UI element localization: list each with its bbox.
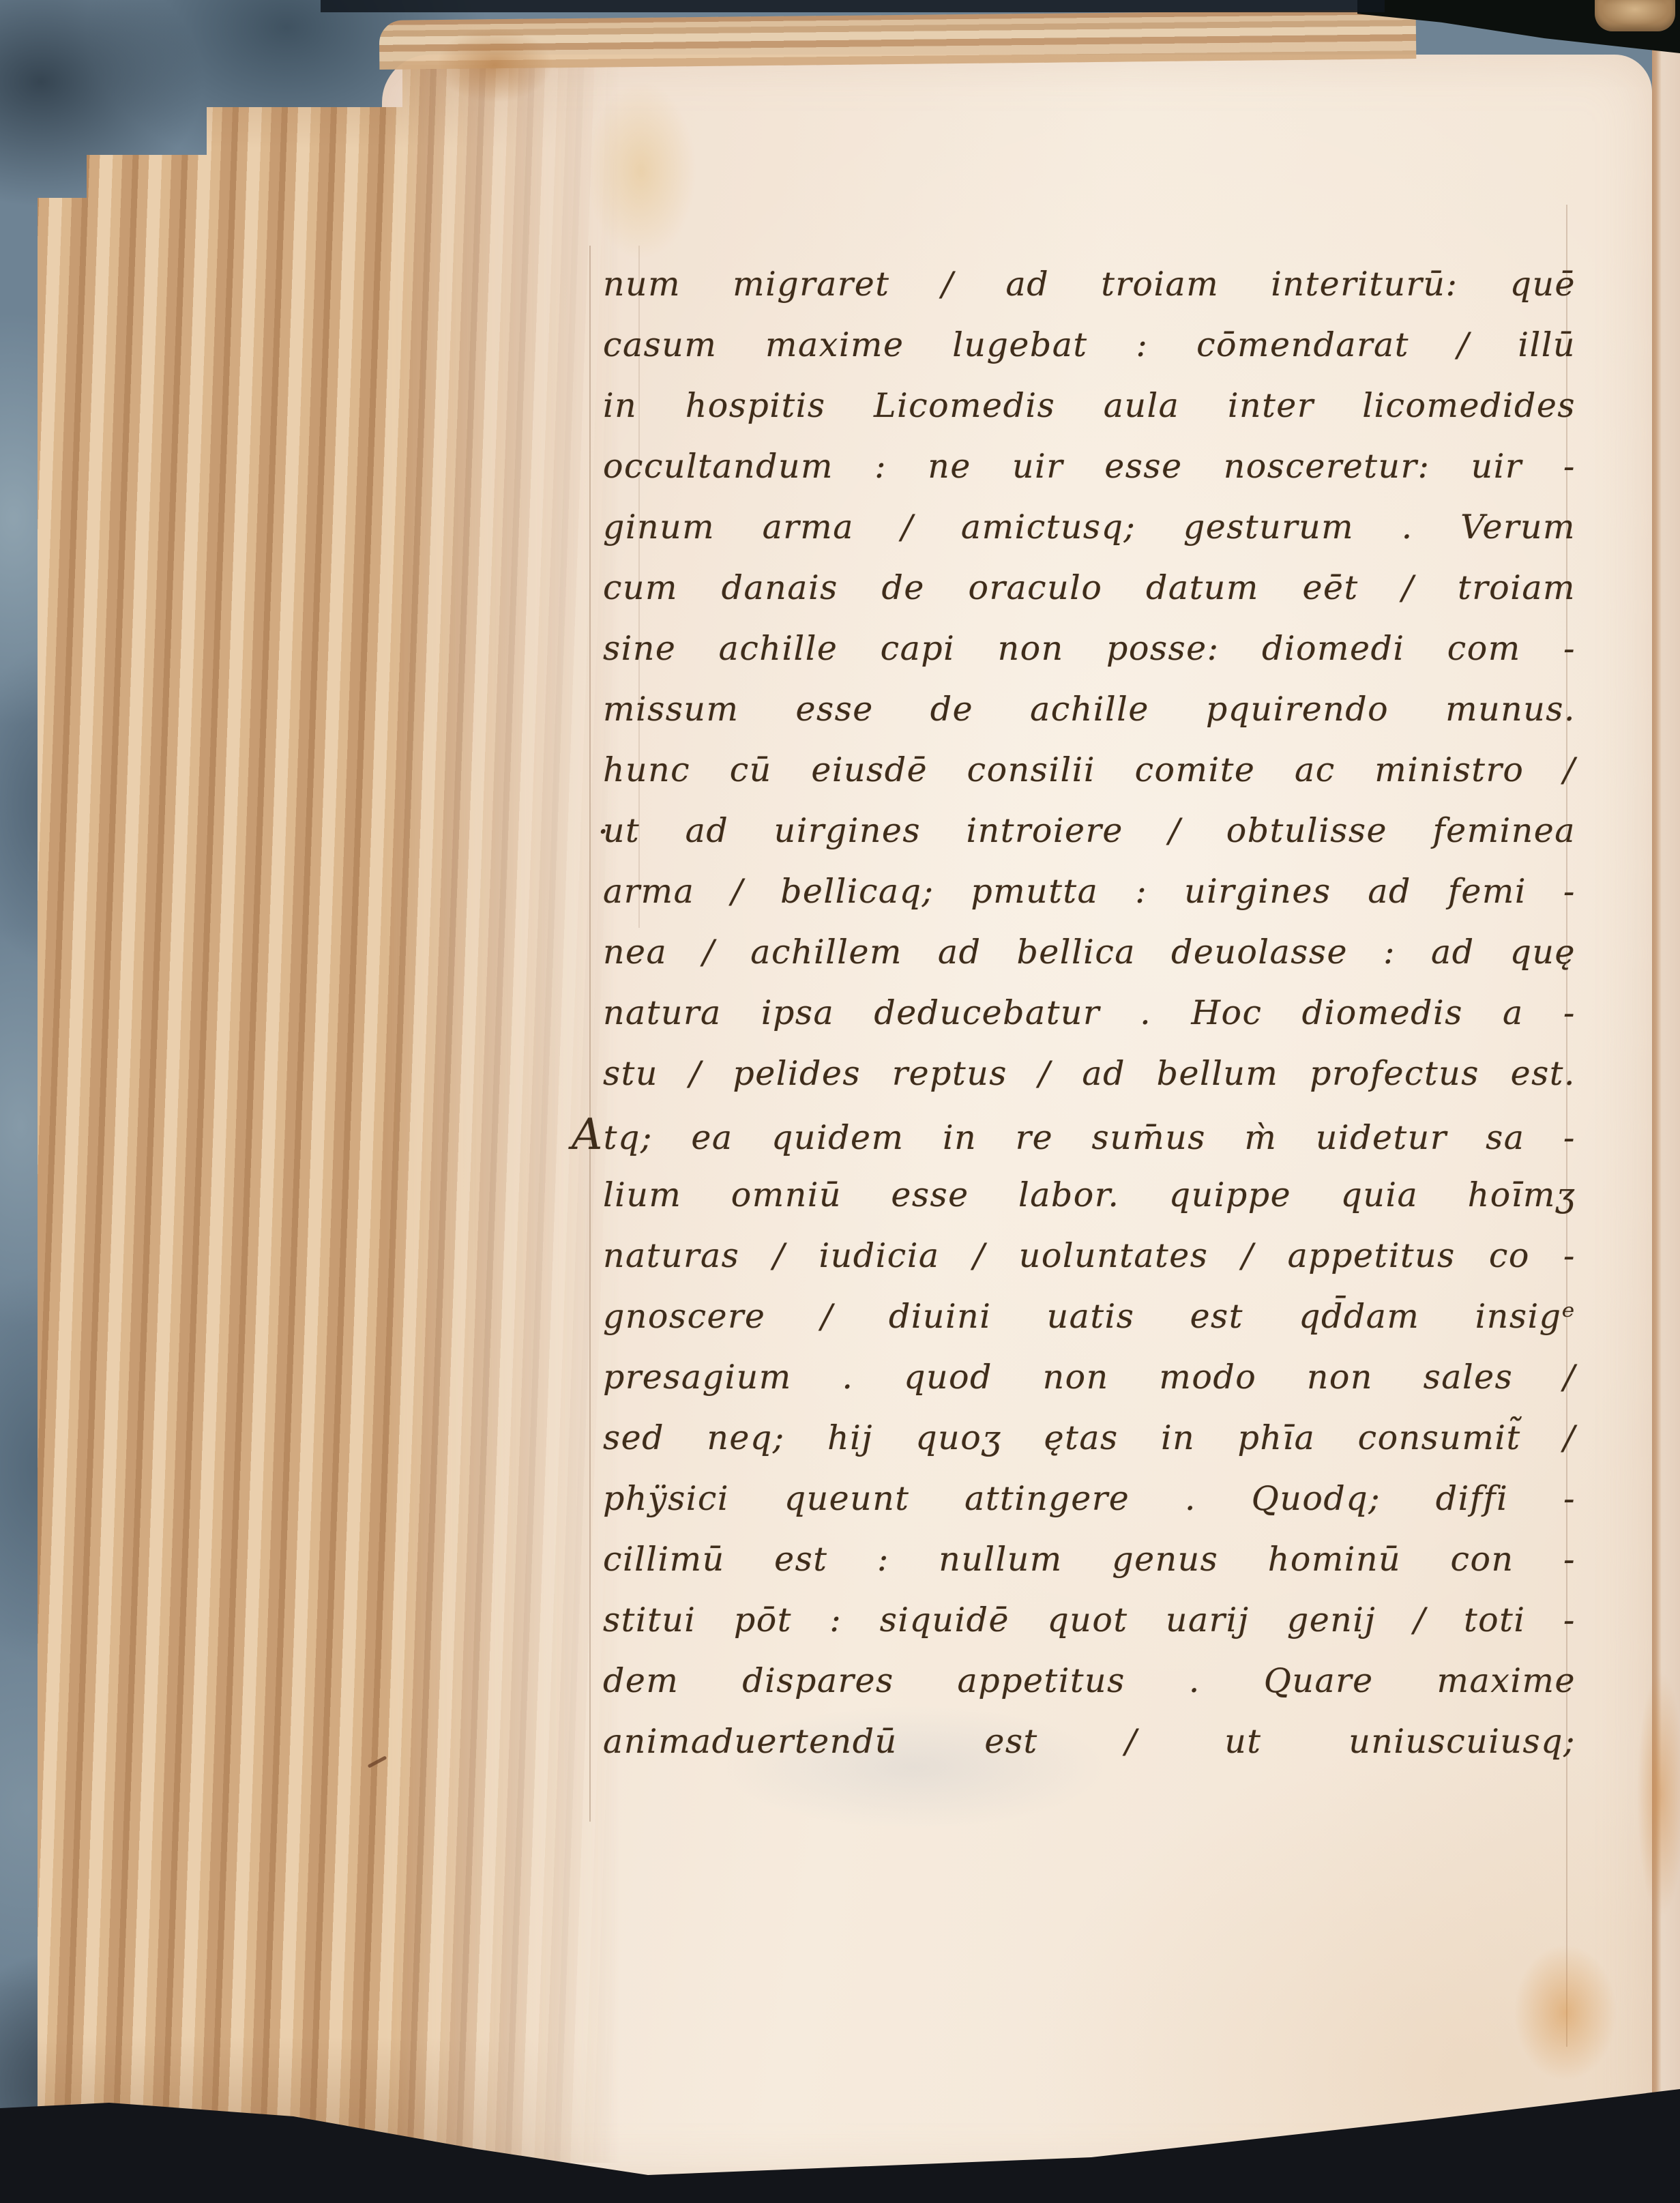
manuscript-line: lium omniū esse labor. quippe quia hoīmʒ [603, 1165, 1576, 1225]
manuscript-line: ut ad uirgines introiere / obtulisse fem… [603, 800, 1576, 861]
stain-bottom-right [1514, 1944, 1617, 2081]
ruling-line-left [589, 246, 591, 1822]
manuscript-line: stitui pōt : siquidē quot uarij genij / … [603, 1590, 1576, 1650]
fore-edge-page-stack [38, 65, 638, 2163]
manuscript-line: gnoscere / diuini uatis est qd̄dam insig… [603, 1286, 1576, 1347]
manuscript-line: occultandum : ne uir esse nosceretur: ui… [603, 436, 1576, 497]
manuscript-line: missum esse de achille pquirendo munus. [603, 679, 1576, 740]
margin-punctus: · [598, 812, 609, 853]
manuscript-line: natura ipsa deducebatur . Hoc diomedis a… [603, 982, 1576, 1043]
manuscript-line: arma / bellicaq; pmutta : uirgines ad fe… [603, 861, 1576, 922]
manuscript-line: ginum arma / amictusq; gesturum . Verum [603, 497, 1576, 557]
manuscript-line: naturas / iudicia / uoluntates / appetit… [603, 1225, 1576, 1286]
manuscript-line: stu / pelides reptus / ad bellum profect… [603, 1043, 1576, 1104]
manuscript-line: num migraret / ad troiam interiturū: quē [603, 254, 1576, 315]
manuscript-line: animaduertendū est / ut uniuscuiusq; [603, 1711, 1576, 1772]
manuscript-line: cillimū est : nullum genus hominū con - [603, 1529, 1576, 1590]
manuscript-line: nea / achillem ad bellica deuolasse : ad… [603, 922, 1576, 982]
top-shadow-sliver [321, 0, 1385, 12]
manuscript-line: phÿsici queunt attingere . Quodq; diffi … [603, 1468, 1576, 1529]
manuscript-line: sine achille capi non posse: diomedi com… [603, 618, 1576, 679]
headband [1595, 0, 1675, 31]
stain-top-brown [437, 27, 552, 102]
manuscript-photo: { "manuscript": { "margin_dot": "·", "li… [0, 0, 1680, 2203]
manuscript-line: cum danais de oraculo datum eēt / troiam [603, 557, 1576, 618]
stain-right-edge [1637, 1672, 1680, 1917]
manuscript-line: sed neq; hij quoʒ ętas in phīa consumit̃… [603, 1407, 1576, 1468]
manuscript-line: casum maxime lugebat : cōmendarat / illū [603, 315, 1576, 375]
manuscript-line-paragraph-start: Atq; ea quidem in re sum̄us m̀ uidetur s… [572, 1104, 1576, 1165]
manuscript-line: presagium . quod non modo non sales / [603, 1347, 1576, 1407]
manuscript-line: hunc cū eiusdē consilii comite ac minist… [603, 740, 1576, 800]
stain-top-yellow [587, 82, 696, 259]
manuscript-line: dem dispares appetitus . Quare maxime [603, 1650, 1576, 1711]
text-block: num migraret / ad troiam interiturū: quē… [603, 254, 1576, 1772]
manuscript-line: in hospitis Licomedis aula inter licomed… [603, 375, 1576, 436]
